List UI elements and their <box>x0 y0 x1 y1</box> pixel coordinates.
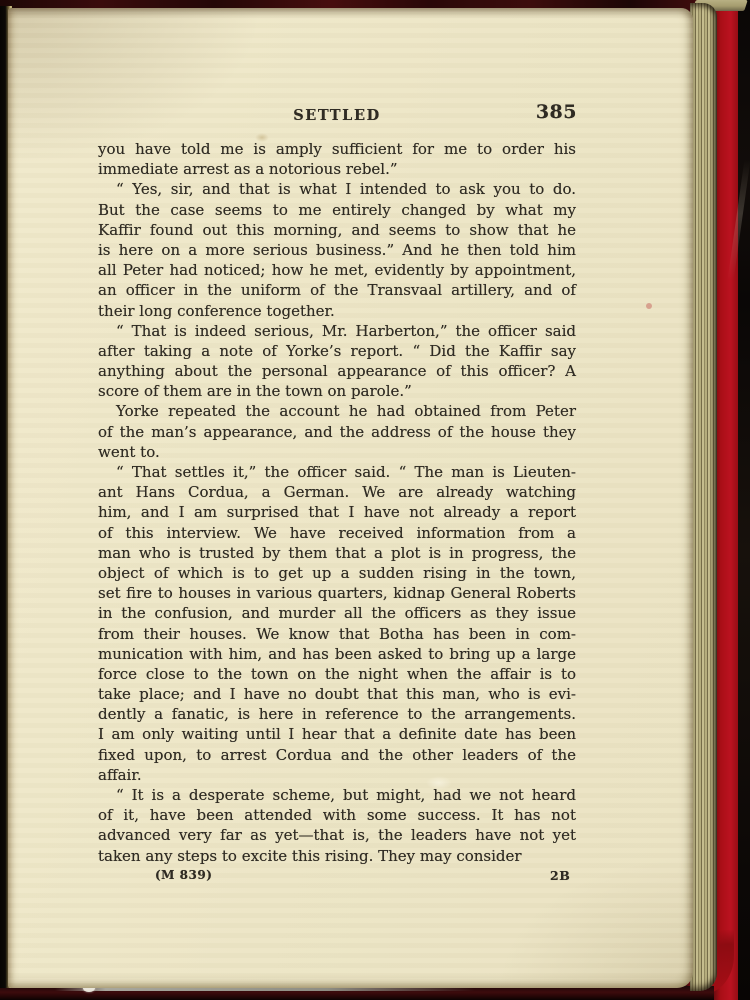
text-line: I am only waiting until I hear that a de… <box>98 724 576 744</box>
text-line: from their houses. We know that Botha ha… <box>98 624 576 644</box>
text-line: affair. <box>98 765 576 785</box>
text-line: score of them are in the town on parole.… <box>98 381 576 401</box>
text-line: set fire to houses in various quarters, … <box>98 583 576 603</box>
text-line: immediate arrest as a notorious rebel.” <box>98 159 576 179</box>
running-header: SETTLED 385 <box>98 104 576 124</box>
text-line: of the man’s appearance, and the address… <box>98 422 576 442</box>
text-line: force close to the town on the night whe… <box>98 664 576 684</box>
text-line: you have told me is amply sufficient for… <box>98 139 576 159</box>
text-line: him, and I am surprised that I have not … <box>98 502 576 522</box>
scanned-book-page: SETTLED 385 you have told me is amply su… <box>0 0 750 1000</box>
text-line: “ That settles it,” the officer said. “ … <box>98 462 576 482</box>
text-line: all Peter had noticed; how he met, evide… <box>98 260 576 280</box>
printer-mark: (M 839) <box>155 868 212 882</box>
text-line: anything about the personal appearance o… <box>98 361 576 381</box>
text-line: is here on a more serious business.” And… <box>98 240 576 260</box>
text-line: dently a fanatic, is here in reference t… <box>98 704 576 724</box>
signature-mark: 2B <box>550 868 570 883</box>
chapter-running-title: SETTLED <box>98 107 576 124</box>
text-line: munication with him, and has been asked … <box>98 644 576 664</box>
text-line: in the confusion, and murder all the off… <box>98 603 576 623</box>
body-text: you have told me is amply sufficient for… <box>98 139 576 866</box>
text-line: of this interview. We have received info… <box>98 523 576 543</box>
text-line: after taking a note of Yorke’s report. “… <box>98 341 576 361</box>
text-line: advanced very far as yet—that is, the le… <box>98 825 576 845</box>
page-edge-stack <box>690 3 717 991</box>
text-line: taken any steps to excite this rising. T… <box>98 846 576 866</box>
text-line: ant Hans Cordua, a German. We are alread… <box>98 482 576 502</box>
text-line: man who is trusted by them that a plot i… <box>98 543 576 563</box>
printed-text-block: SETTLED 385 you have told me is amply su… <box>98 104 576 886</box>
background-shadow <box>738 0 750 1000</box>
text-line: But the case seems to me entirely change… <box>98 200 576 220</box>
text-line: their long conference together. <box>98 301 576 321</box>
text-line: fixed upon, to arrest Cordua and the oth… <box>98 745 576 765</box>
text-line: object of which is to get up a sudden ri… <box>98 563 576 583</box>
text-line: Yorke repeated the account he had obtain… <box>98 401 576 421</box>
paper-blemish <box>646 303 652 309</box>
text-line: of it, have been attended with some succ… <box>98 805 576 825</box>
text-line: Kaffir found out this morning, and seems… <box>98 220 576 240</box>
text-line: “ It is a desperate scheme, but might, h… <box>98 785 576 805</box>
text-line: take place; and I have no doubt that thi… <box>98 684 576 704</box>
text-line: went to. <box>98 442 576 462</box>
text-line: “ That is indeed serious, Mr. Harberton,… <box>98 321 576 341</box>
page-footer: (M 839) 2B <box>98 868 576 886</box>
text-line: “ Yes, sir, and that is what I intended … <box>98 179 576 199</box>
page-number: 385 <box>536 101 577 123</box>
book-page: SETTLED 385 you have told me is amply su… <box>8 8 693 988</box>
text-line: an officer in the uniform of the Transva… <box>98 280 576 300</box>
